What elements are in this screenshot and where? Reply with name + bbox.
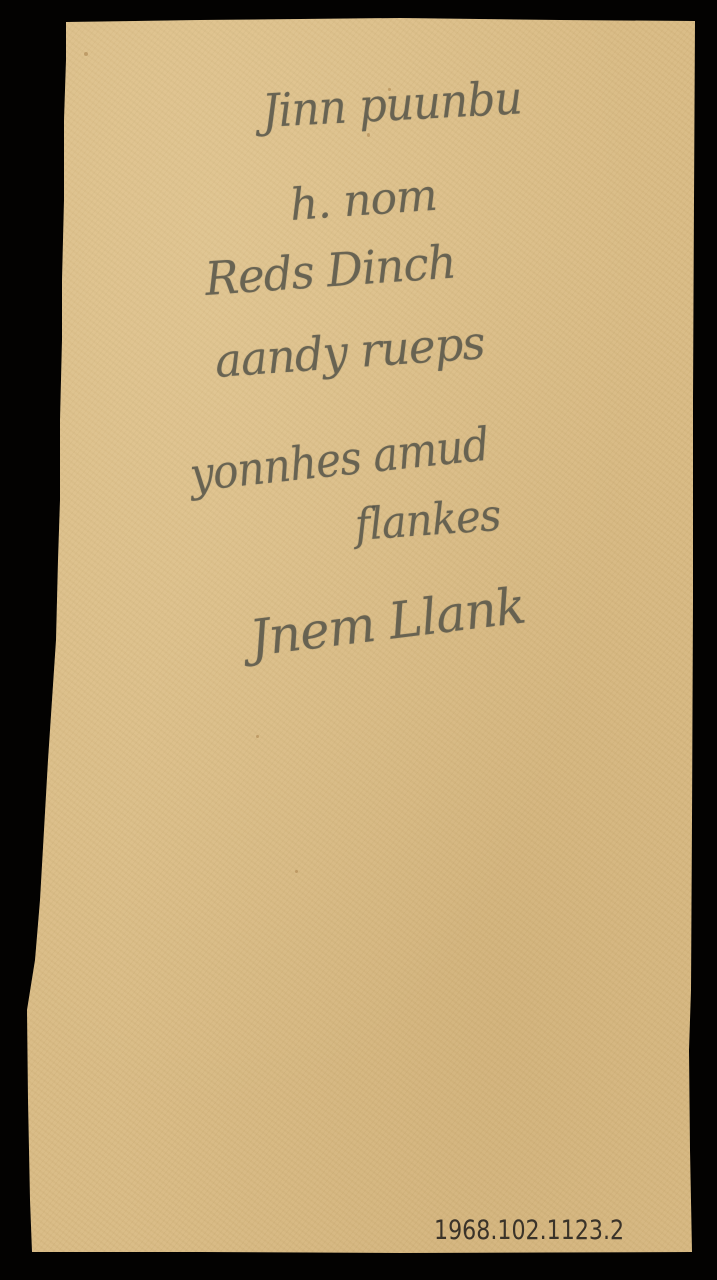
handwriting-line-6: flankes	[353, 490, 502, 551]
paper-stain	[84, 52, 88, 56]
accession-number: 1968.102.1123.2	[434, 1215, 624, 1246]
paper-stain	[256, 735, 259, 738]
paper-stain	[295, 870, 298, 873]
paper-stain	[367, 133, 370, 137]
handwriting-line-2: h. nom	[288, 170, 438, 231]
